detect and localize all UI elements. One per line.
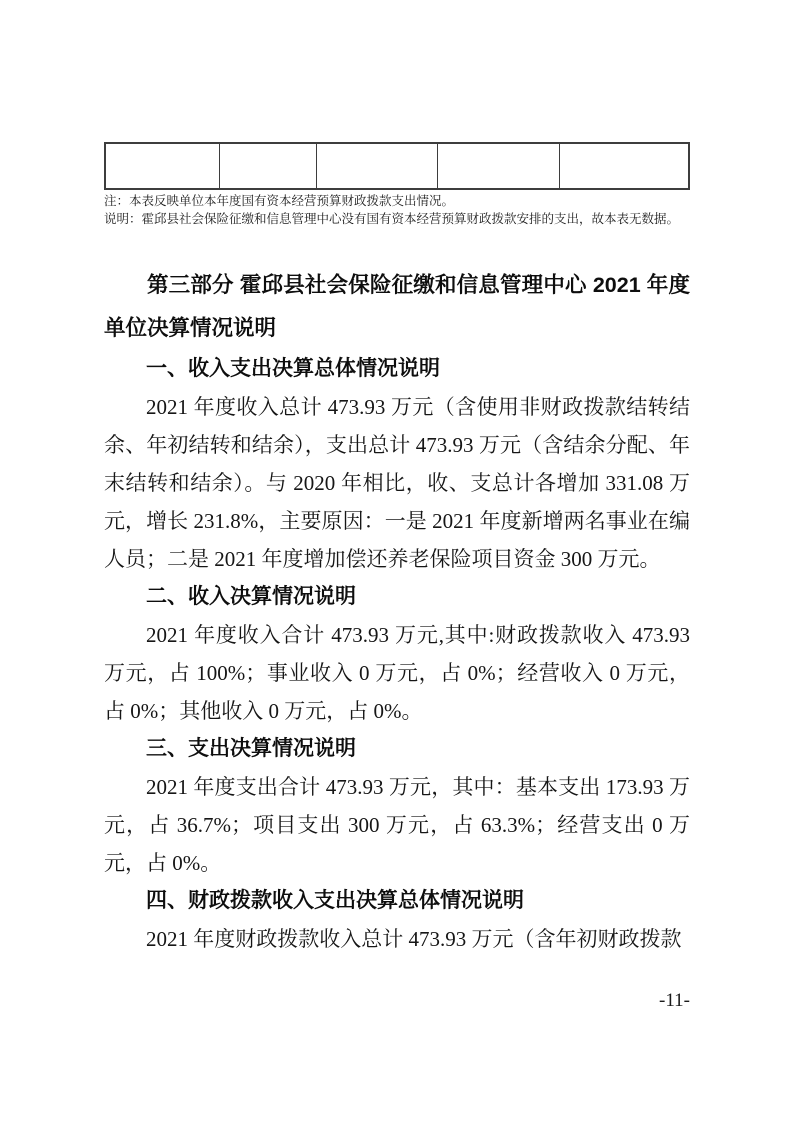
- section-income-expenditure-overview: 一、收入支出决算总体情况说明 2021 年度收入总计 473.93 万元（含使用…: [104, 350, 690, 578]
- part3-title: 第三部分 霍邱县社会保险征缴和信息管理中心 2021 年度单位决算情况说明: [104, 264, 690, 350]
- empty-table-fragment: [104, 142, 690, 190]
- table-cell: [559, 144, 688, 188]
- table-cell: [106, 144, 219, 188]
- section4-heading: 四、财政拨款收入支出决算总体情况说明: [104, 882, 690, 920]
- table-cell: [316, 144, 436, 188]
- section3-heading: 三、支出决算情况说明: [104, 730, 690, 768]
- page-content: 注：本表反映单位本年度国有资本经营预算财政拨款支出情况。 说明：霍邱县社会保险征…: [104, 142, 690, 958]
- section-expenditure-final-accounts: 三、支出决算情况说明 2021 年度支出合计 473.93 万元，其中：基本支出…: [104, 730, 690, 882]
- table-notes: 注：本表反映单位本年度国有资本经营预算财政拨款支出情况。 说明：霍邱县社会保险征…: [104, 193, 690, 228]
- table-note-line: 注：本表反映单位本年度国有资本经营预算财政拨款支出情况。: [104, 193, 690, 211]
- table-cell: [437, 144, 559, 188]
- section-income-final-accounts: 二、收入决算情况说明 2021 年度收入合计 473.93 万元,其中:财政拨款…: [104, 578, 690, 730]
- section2-paragraph: 2021 年度收入合计 473.93 万元,其中:财政拨款收入 473.93 万…: [104, 616, 690, 730]
- section-fiscal-appropriation-overview: 四、财政拨款收入支出决算总体情况说明 2021 年度财政拨款收入总计 473.9…: [104, 882, 690, 958]
- section1-paragraph: 2021 年度收入总计 473.93 万元（含使用非财政拨款结转结余、年初结转和…: [104, 388, 690, 578]
- document-page: 注：本表反映单位本年度国有资本经营预算财政拨款支出情况。 说明：霍邱县社会保险征…: [0, 0, 793, 1122]
- page-number: -11-: [104, 990, 690, 1012]
- section1-heading: 一、收入支出决算总体情况说明: [104, 350, 690, 388]
- section2-heading: 二、收入决算情况说明: [104, 578, 690, 616]
- section3-paragraph: 2021 年度支出合计 473.93 万元，其中：基本支出 173.93 万元，…: [104, 768, 690, 882]
- table-remark-line: 说明：霍邱县社会保险征缴和信息管理中心没有国有资本经营预算财政拨款安排的支出，故…: [104, 211, 690, 229]
- section4-paragraph: 2021 年度财政拨款收入总计 473.93 万元（含年初财政拨款: [104, 920, 690, 958]
- table-cell: [219, 144, 316, 188]
